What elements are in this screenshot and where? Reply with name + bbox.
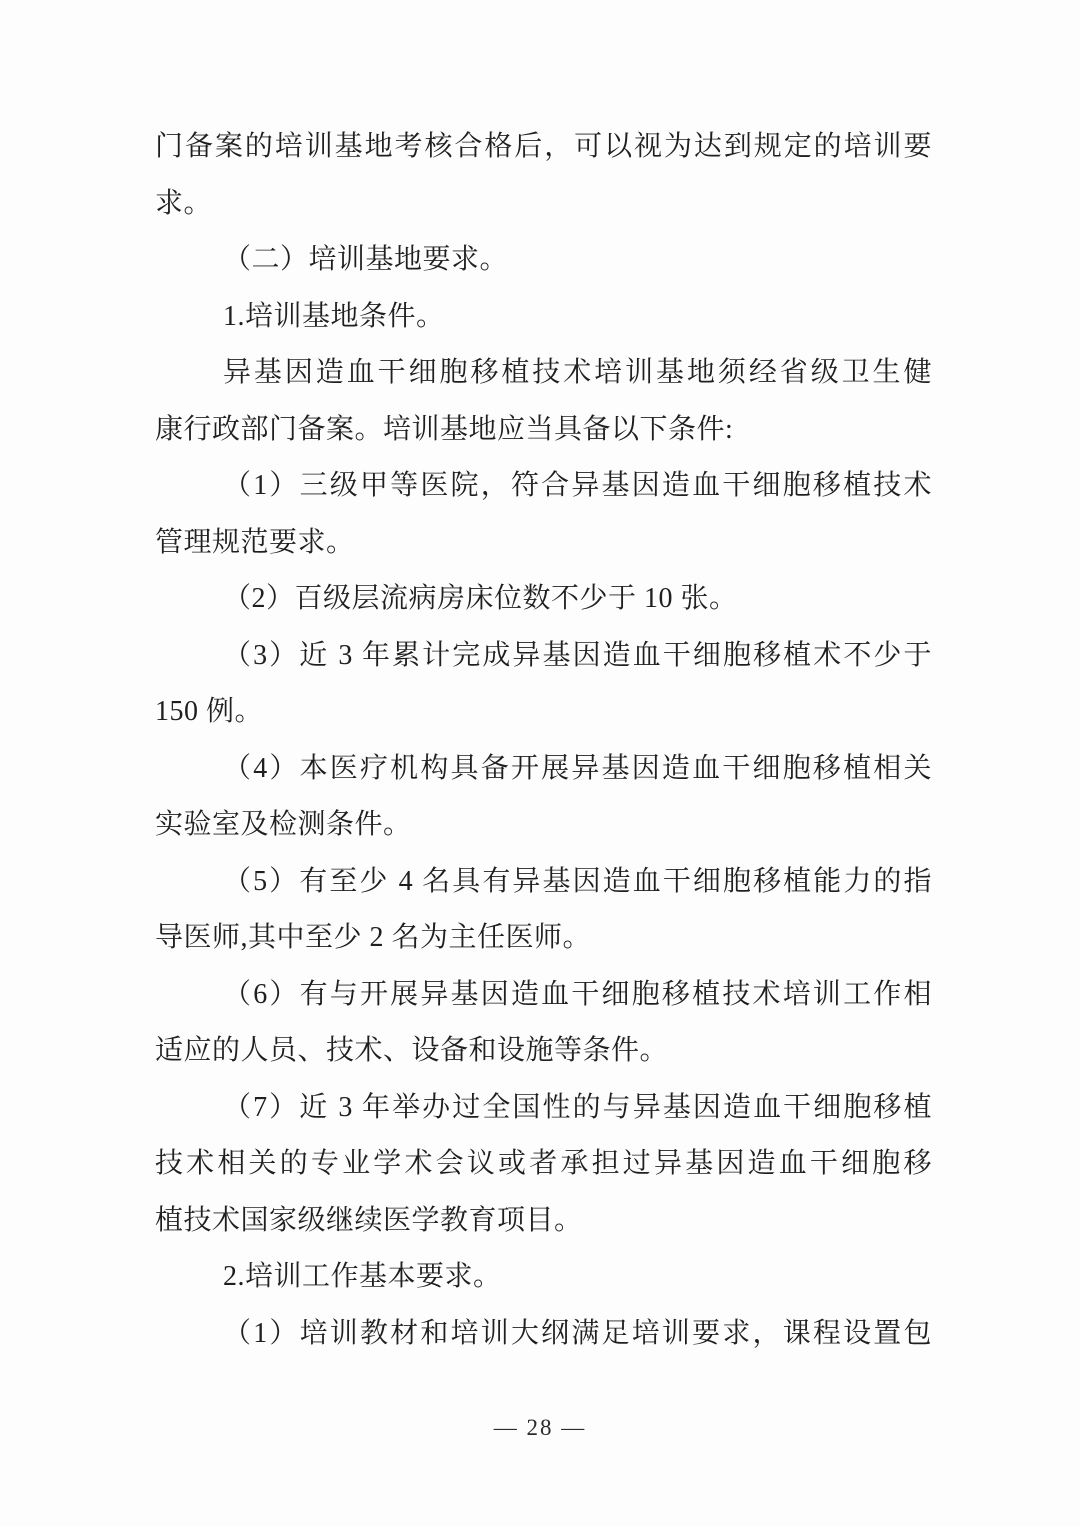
- text-line: 康行政部门备案。培训基地应当具备以下条件:: [155, 402, 932, 459]
- text-line: 植技术国家级继续医学教育项目。: [155, 1193, 932, 1250]
- text-line: （1）三级甲等医院，符合异基因造血干细胞移植技术: [155, 458, 932, 515]
- text-line: （7）近 3 年举办过全国性的与异基因造血干细胞移植: [155, 1080, 932, 1137]
- text-line: （二）培训基地要求。: [155, 232, 932, 289]
- text-line: （2）百级层流病房床位数不少于 10 张。: [155, 571, 932, 628]
- document-body: 门备案的培训基地考核合格后，可以视为达到规定的培训要求。（二）培训基地要求。1.…: [155, 119, 932, 1362]
- text-line: 1.培训基地条件。: [155, 289, 932, 346]
- text-line: 导医师,其中至少 2 名为主任医师。: [155, 910, 932, 967]
- text-line: 门备案的培训基地考核合格后，可以视为达到规定的培训要: [155, 119, 932, 176]
- text-line: 管理规范要求。: [155, 515, 932, 572]
- text-line: （1）培训教材和培训大纲满足培训要求，课程设置包: [155, 1306, 932, 1363]
- document-page: 门备案的培训基地考核合格后，可以视为达到规定的培训要求。（二）培训基地要求。1.…: [0, 0, 1080, 1526]
- text-line: 实验室及检测条件。: [155, 797, 932, 854]
- page-footer: — 28 —: [0, 1408, 1080, 1448]
- text-line: （5）有至少 4 名具有异基因造血干细胞移植能力的指: [155, 854, 932, 911]
- text-line: （3）近 3 年累计完成异基因造血干细胞移植术不少于: [155, 628, 932, 685]
- text-line: （6）有与开展异基因造血干细胞移植技术培训工作相: [155, 967, 932, 1024]
- text-line: 适应的人员、技术、设备和设施等条件。: [155, 1023, 932, 1080]
- text-line: 技术相关的专业学术会议或者承担过异基因造血干细胞移: [155, 1136, 932, 1193]
- text-line: 150 例。: [155, 684, 932, 741]
- page-number: — 28 —: [494, 1415, 587, 1440]
- text-line: （4）本医疗机构具备开展异基因造血干细胞移植相关: [155, 741, 932, 798]
- text-line: 2.培训工作基本要求。: [155, 1249, 932, 1306]
- text-line: 求。: [155, 176, 932, 233]
- text-line: 异基因造血干细胞移植技术培训基地须经省级卫生健: [155, 345, 932, 402]
